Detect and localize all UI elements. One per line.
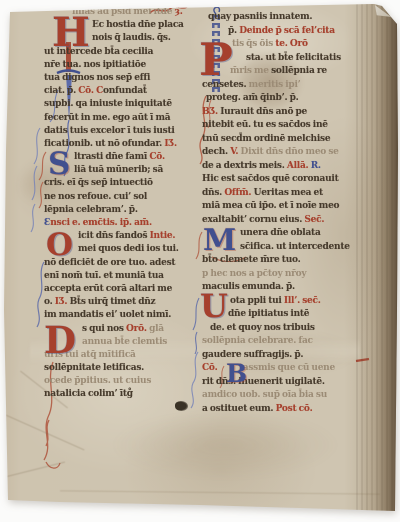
text-segment-faded: sollēpnia celebrare. fac [202,336,313,346]
text-segment-ink: tua dignos nos sep̄ effi [44,73,150,83]
text-segment-faded: tis q̄s ōis [232,39,275,49]
text-segment-ink: Ueritas mea et [254,188,323,198]
text-segment-faded: meritis ipi’ [249,80,301,90]
text-segment-ink: s qui nos [82,324,126,334]
text-segment-ink: datis tuis excelor ī tuis iusti [44,126,175,136]
decorated-initial-p: P [199,39,233,80]
text-segment-ink: proteg. am̄ q̄inb’. p̄. [206,93,299,103]
text-segment-ink: sta. ut bt̄e felicitatis [246,53,341,63]
text-line: miā mea cū ip̄o. et ī noīe meo [202,200,374,214]
text-segment-red: Cō. C [78,86,103,96]
text-line: dn̄s. Offm̄. Ueritas mea et [202,187,374,201]
text-segment-ink: supbi. qa iniuste iniquitatē [44,99,172,109]
text-line: tua dignos nos sep̄ effi [44,72,202,85]
text-segment-faded: amdico uob. sup̄ oīa b̄ia su [202,390,327,400]
text-segment-ink: dech. [202,147,230,157]
text-segment-ink: accepta erūt corā altari me [44,284,172,294]
text-segment-ink: nitebit eū. tu es sac̄dos inē [202,120,328,130]
line-filler-ornament [175,401,188,411]
text-segment-ink: quay pasniis innatem. [208,12,312,22]
text-segment-ink: rit dn̄s. inuenerit uigilatē. [202,377,325,387]
text-segment-red: IƷ. [164,139,177,149]
text-segment-red: V. [230,147,240,157]
text-line: fecerūt in me. ego aūt ī mā [44,112,202,125]
text-line: nitebit eū. tu es sac̄dos inē [202,119,374,133]
text-segment-ink: ota ppli tui [230,296,284,306]
photo-background: mias ad psiď mēi ītđe ȝ̃.Ec hostia dn̄e … [0,0,400,522]
text-segment-ink: dn̄s. [202,188,224,198]
text-line: BƷ. Iurauit dn̄s anō pe [202,106,374,120]
text-segment-red: BƷ. [202,107,220,117]
text-line: o. IƷ. Bt̄s uirq̄ timet dn̄z [44,296,202,309]
text-line: p hec nos a pc̄toy nr̄oy [202,268,374,282]
text-segment-ink: nr̄e tua. nos ipitiatiōe [44,60,146,70]
text-segment-red: ȝ̃. [172,7,182,17]
text-segment-faded: tassmis que cū uene [239,363,335,373]
text-segment-ink: sc̄ifica. ut intercedente [240,242,350,252]
text-line: lēpnia celebram’. p̄. [44,204,202,217]
text-segment-red: Orō. [126,324,149,334]
text-segment-ink: ltrasti dn̄e famī [74,152,149,162]
text-segment-faded: annua bt̄e clemtis [82,337,167,347]
text-segment-ink: nois q̄ laudis. q̄s. [92,33,171,43]
text-line: ne nos refoue. cui’ sol [44,191,202,204]
decorated-initial-o: O [46,231,73,260]
text-segment-red: Offm̄. [224,188,253,198]
decorated-initial-d: D [44,323,76,357]
text-segment-red: te. Orō [275,39,307,49]
text-segment-red: Cō. [149,152,165,162]
text-segment-red: Ill’. sec̄. [284,296,321,306]
text-line: accepta erūt corā altari me [44,283,202,296]
text-line: proteg. am̄ q̄inb’. p̄. [202,92,374,106]
text-line: a ostituet eum. Post cō. [202,403,374,417]
text-segment-ink: fecerūt in me. ego aūt ī mā [44,113,170,123]
text-segment-ink: ne nos refoue. cui’ sol [44,192,147,202]
text-segment-ink: a ostituet eum. [202,404,276,414]
text-line: nr̄e tua. nos ipitiatiōe [44,59,202,72]
text-line: Hic est sac̄dos quē coronauit [202,173,374,187]
text-segment-faded: ocede p̄pitius. ut cuius [44,376,151,386]
text-segment-ink: Hic est sac̄dos quē coronauit [202,174,339,184]
text-segment-faded: p hec nos a pc̄toy nr̄oy [202,269,306,279]
text-line: dech. V. Dixit dn̄s dn̄o meo se [202,146,374,160]
text-segment-red: IƷ. [55,297,70,307]
text-line: sollēpnitate letificas. [44,362,202,375]
text-segment-faded: glā [149,324,164,334]
text-segment-ink: sollēpnitate letificas. [44,363,144,373]
decorated-initial-h: H [52,15,90,52]
text-segment-ink: enī nom̄ tuī. et muniā tua [44,271,164,281]
text-line: ocede p̄pitius. ut cuius [44,375,202,388]
text-segment-ink: Bt̄s uirq̄ timet dn̄z [70,297,156,307]
text-line: de a dextris meis. Allā. R. [202,160,374,174]
text-segment-ink: mei quos dedi ios tui. [78,244,179,254]
text-segment-red: Allā. [287,161,311,171]
text-segment-ink: miā mea cū ip̄o. et ī noīe meo [202,201,339,211]
decorated-initial-m: M [203,227,236,255]
page-fold-edge [356,0,400,522]
text-segment-ink: onfundat̄ [103,86,147,96]
text-segment-blue: R. [311,161,321,171]
text-segment-ink: sollēpnia re [271,66,327,76]
text-segment-ink: lēpnia celebram’. p̄. [44,205,138,215]
text-line: quay pasniis innatem. [202,11,374,25]
decorated-initial-b: B [226,362,247,385]
text-segment-ink: de a dextris meis. [202,161,287,171]
text-segment-ink: Iurauit dn̄s anō pe [220,107,307,117]
text-line: supbi. qa iniuste iniquitatē [44,98,202,111]
text-segment-red: Deinde p̄ scā fel’cita [239,26,335,36]
text-line: tnū secd̄m ordinē melchise [202,133,374,147]
text-line: datis tuis excelor ī tuis iusti [44,125,202,138]
text-segment-ink: gaudere suffragijs. p̄. [202,350,303,360]
text-line: natalicia colim’ ītg̊ [44,388,202,401]
text-segment-ink: tnū secd̄m ordinē melchise [202,134,330,144]
text-segment-red: Cō. [202,363,220,373]
text-segment-faded: Dixit dn̄s dn̄o meo se [241,147,339,157]
text-line: ciat. p̄. Cō. Confundat̄ [44,85,202,98]
text-segment-ink: ciat. p̄. [44,86,78,96]
text-segment-ink: liā tuā mūnerib; sā [74,165,163,175]
text-segment-ink: unera dn̄e oblata [240,228,321,238]
text-line: sollēpnia celebrare. fac [202,335,374,349]
text-segment-ink: natalicia colim’ ītg̊ [44,389,133,399]
text-segment-faded: m̄ris me [230,66,271,76]
text-line: enī nom̄ tuī. et muniā tua [44,270,202,283]
text-segment-red: Sec̄. [304,215,324,225]
text-segment-ink: icit dn̄s fandos̄ [78,231,150,241]
text-segment-ink: Ec hostia dn̄e placa [92,20,184,30]
manuscript-page-wrapper: mias ad psiď mēi ītđe ȝ̃.Ec hostia dn̄e … [0,0,400,522]
decorated-initial-s: S [48,150,70,179]
manuscript-text-layer: mias ad psiď mēi ītđe ȝ̃.Ec hostia dn̄e … [0,0,400,522]
manuscript-page: mias ad psiď mēi ītđe ȝ̃.Ec hostia dn̄e … [0,0,400,522]
text-line: amdico uob. sup̄ oīa b̄ia su [202,389,374,403]
text-segment-red: Intie. [150,231,176,241]
text-segment-ink: o. [44,297,55,307]
text-segment-red: Post cō. [276,404,313,414]
decorated-initial-u: U [200,292,228,321]
text-segment-ink: dn̄e ipitiatus intē [228,309,309,319]
